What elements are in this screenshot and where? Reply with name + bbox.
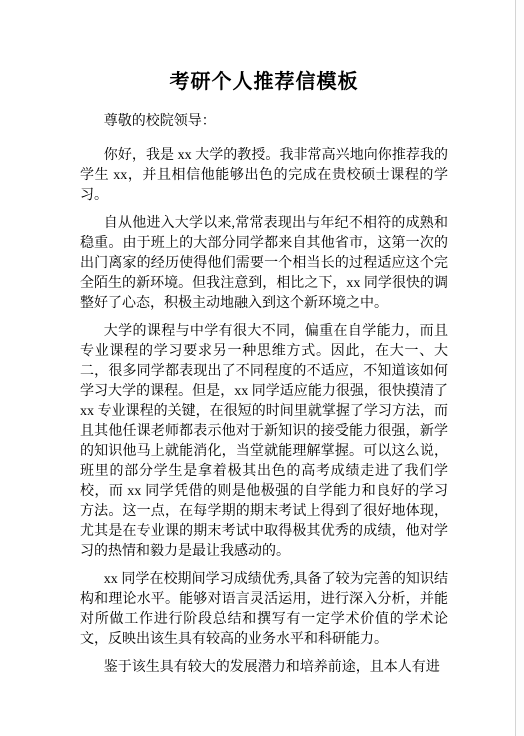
paragraph-academic-level: xx 同学在校期间学习成绩优秀,具备了较为完善的知识结构和理论水平。能够对语言灵… <box>80 570 448 650</box>
letter-content: 考研个人推荐信模板 尊敬的校院领导： 你好，我是 xx 大学的教授。我非常高兴地… <box>80 68 448 686</box>
paragraph-recommendation-truncated: 鉴于该生具有较大的发展潜力和培养前途，且本人有进 <box>80 658 448 678</box>
paragraph-study-ability: 大学的课程与中学有很大不同，偏重在自学能力，而且专业课程的学习要求另一种思维方式… <box>80 322 448 562</box>
document-page: 考研个人推荐信模板 尊敬的校院领导： 你好，我是 xx 大学的教授。我非常高兴地… <box>0 0 524 736</box>
paragraph-adaptation: 自从他进入大学以来,常常表现出与年纪不相符的成熟和稳重。由于班上的大部分同学都来… <box>80 214 448 314</box>
document-title: 考研个人推荐信模板 <box>80 68 448 96</box>
page-right-gutter <box>516 0 524 736</box>
letter-body: 你好，我是 xx 大学的教授。我非常高兴地向你推荐我的学生 xx，并且相信他能够… <box>80 146 448 678</box>
salutation: 尊敬的校院领导： <box>80 112 448 132</box>
paragraph-intro: 你好，我是 xx 大学的教授。我非常高兴地向你推荐我的学生 xx，并且相信他能够… <box>80 146 448 206</box>
